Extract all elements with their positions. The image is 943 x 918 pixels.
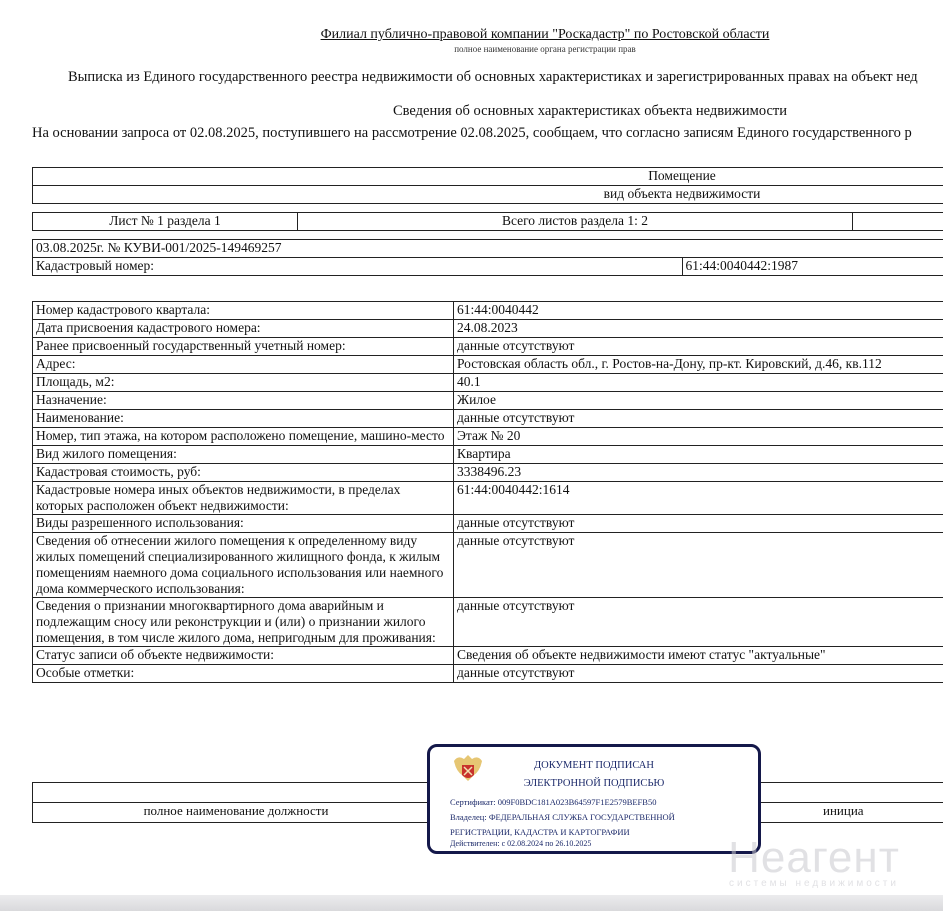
position-caption: полное наименование должности [33, 803, 440, 823]
total-sheets-cell: Всего листов раздела 1: 2 [298, 213, 853, 231]
row-value: данные отсутствуют [454, 410, 943, 428]
table-row: Номер кадастрового квартала:61:44:004044… [33, 302, 943, 320]
watermark-tagline: системы недвижимости [714, 878, 914, 889]
object-type-value: Помещение [33, 168, 943, 186]
stamp-valid: Действителен: с 02.08.2024 по 26.10.2025 [450, 839, 591, 848]
table-row: Кадастровые номера иных объектов недвижи… [33, 482, 943, 515]
row-value: Жилое [454, 392, 943, 410]
table-row: Дата присвоения кадастрового номера:24.0… [33, 320, 943, 338]
org-subtitle: полное наименование органа регистрации п… [0, 44, 943, 54]
row-label: Ранее присвоенный государственный учетны… [33, 338, 454, 356]
row-value: 61:44:0040442 [454, 302, 943, 320]
object-type-caption: вид объекта недвижимости [33, 186, 943, 204]
table-row: Виды разрешенного использования:данные о… [33, 515, 943, 533]
basis-text: На основании запроса от 02.08.2025, пост… [32, 125, 912, 142]
cadastral-value: 61:44:0040442:1987 [682, 258, 943, 276]
row-label: Площадь, м2: [33, 374, 454, 392]
row-label: Кадастровые номера иных объектов недвижи… [33, 482, 454, 515]
row-label: Наименование: [33, 410, 454, 428]
stamp-line-2: ЭЛЕКТРОННОЙ ПОДПИСЬЮ [430, 778, 758, 789]
row-value: 24.08.2023 [454, 320, 943, 338]
table-row: Адрес:Ростовская область обл., г. Ростов… [33, 356, 943, 374]
initials-caption: инициа [747, 803, 943, 823]
row-value: данные отсутствуют [454, 665, 943, 683]
row-value: 3338496.23 [454, 464, 943, 482]
row-label: Назначение: [33, 392, 454, 410]
table-row: Номер, тип этажа, на котором расположено… [33, 428, 943, 446]
row-value: Ростовская область обл., г. Ростов-на-До… [454, 356, 943, 374]
sheets-row: Лист № 1 раздела 1 Всего листов раздела … [32, 212, 943, 231]
table-row: Наименование:данные отсутствуют [33, 410, 943, 428]
table-row: Статус записи об объекте недвижимости:Св… [33, 647, 943, 665]
org-title: Филиал публично-правовой компании "Роска… [0, 27, 943, 43]
object-type-table: Помещение вид объекта недвижимости [32, 167, 943, 204]
stamp-line-1: ДОКУМЕНТ ПОДПИСАН [430, 760, 758, 771]
row-label: Кадастровая стоимость, руб: [33, 464, 454, 482]
stamp-owner-2: РЕГИСТРАЦИИ, КАДАСТРА И КАРТОГРАФИИ [450, 827, 630, 837]
row-label: Сведения о признании многоквартирного до… [33, 598, 454, 647]
table-row: Сведения о признании многоквартирного до… [33, 598, 943, 647]
row-value: данные отсутствуют [454, 533, 943, 598]
viewer-bottom-bar [0, 895, 943, 911]
row-value: данные отсутствуют [454, 338, 943, 356]
section-title: Сведения об основных характеристиках объ… [0, 103, 943, 120]
row-label: Статус записи об объекте недвижимости: [33, 647, 454, 665]
table-row: Назначение:Жилое [33, 392, 943, 410]
row-label: Номер кадастрового квартала: [33, 302, 454, 320]
table-row: Особые отметки:данные отсутствуют [33, 665, 943, 683]
table-row: Кадастровая стоимость, руб:3338496.23 [33, 464, 943, 482]
row-label: Вид жилого помещения: [33, 446, 454, 464]
watermark: Неагент системы недвижимости [714, 838, 914, 889]
row-value: Квартира [454, 446, 943, 464]
stamp-certificate: Сертификат: 009F0BDC181A023B64597F1E2579… [450, 797, 656, 807]
row-value: данные отсутствуют [454, 515, 943, 533]
row-label: Адрес: [33, 356, 454, 374]
row-label: Номер, тип этажа, на котором расположено… [33, 428, 454, 446]
sheet-number-cell: Лист № 1 раздела 1 [33, 213, 298, 231]
table-row: Ранее присвоенный государственный учетны… [33, 338, 943, 356]
row-label: Виды разрешенного использования: [33, 515, 454, 533]
row-value: 61:44:0040442:1614 [454, 482, 943, 515]
document-number: 03.08.2025г. № КУВИ-001/2025-149469257 [33, 240, 943, 258]
document-table: 03.08.2025г. № КУВИ-001/2025-149469257 К… [32, 239, 943, 276]
row-value: 40.1 [454, 374, 943, 392]
extract-title: Выписка из Единого государственного реес… [68, 69, 918, 86]
cadastral-label: Кадастровый номер: [33, 258, 683, 276]
row-label: Сведения об отнесении жилого помещения к… [33, 533, 454, 598]
row-label: Особые отметки: [33, 665, 454, 683]
row-label: Дата присвоения кадастрового номера: [33, 320, 454, 338]
stamp-owner-1: Владелец: ФЕДЕРАЛЬНАЯ СЛУЖБА ГОСУДАРСТВЕ… [450, 812, 675, 822]
watermark-brand: Неагент [714, 838, 914, 878]
total-sections-cell: Всего разделов: 3 [853, 213, 943, 231]
characteristics-table: Номер кадастрового квартала:61:44:004044… [32, 301, 943, 683]
electronic-signature-stamp: ДОКУМЕНТ ПОДПИСАН ЭЛЕКТРОННОЙ ПОДПИСЬЮ С… [427, 744, 761, 854]
table-row: Сведения об отнесении жилого помещения к… [33, 533, 943, 598]
table-row: Площадь, м2:40.1 [33, 374, 943, 392]
row-value: Сведения об объекте недвижимости имеют с… [454, 647, 943, 665]
row-value: данные отсутствуют [454, 598, 943, 647]
table-row: Вид жилого помещения:Квартира [33, 446, 943, 464]
row-value: Этаж № 20 [454, 428, 943, 446]
